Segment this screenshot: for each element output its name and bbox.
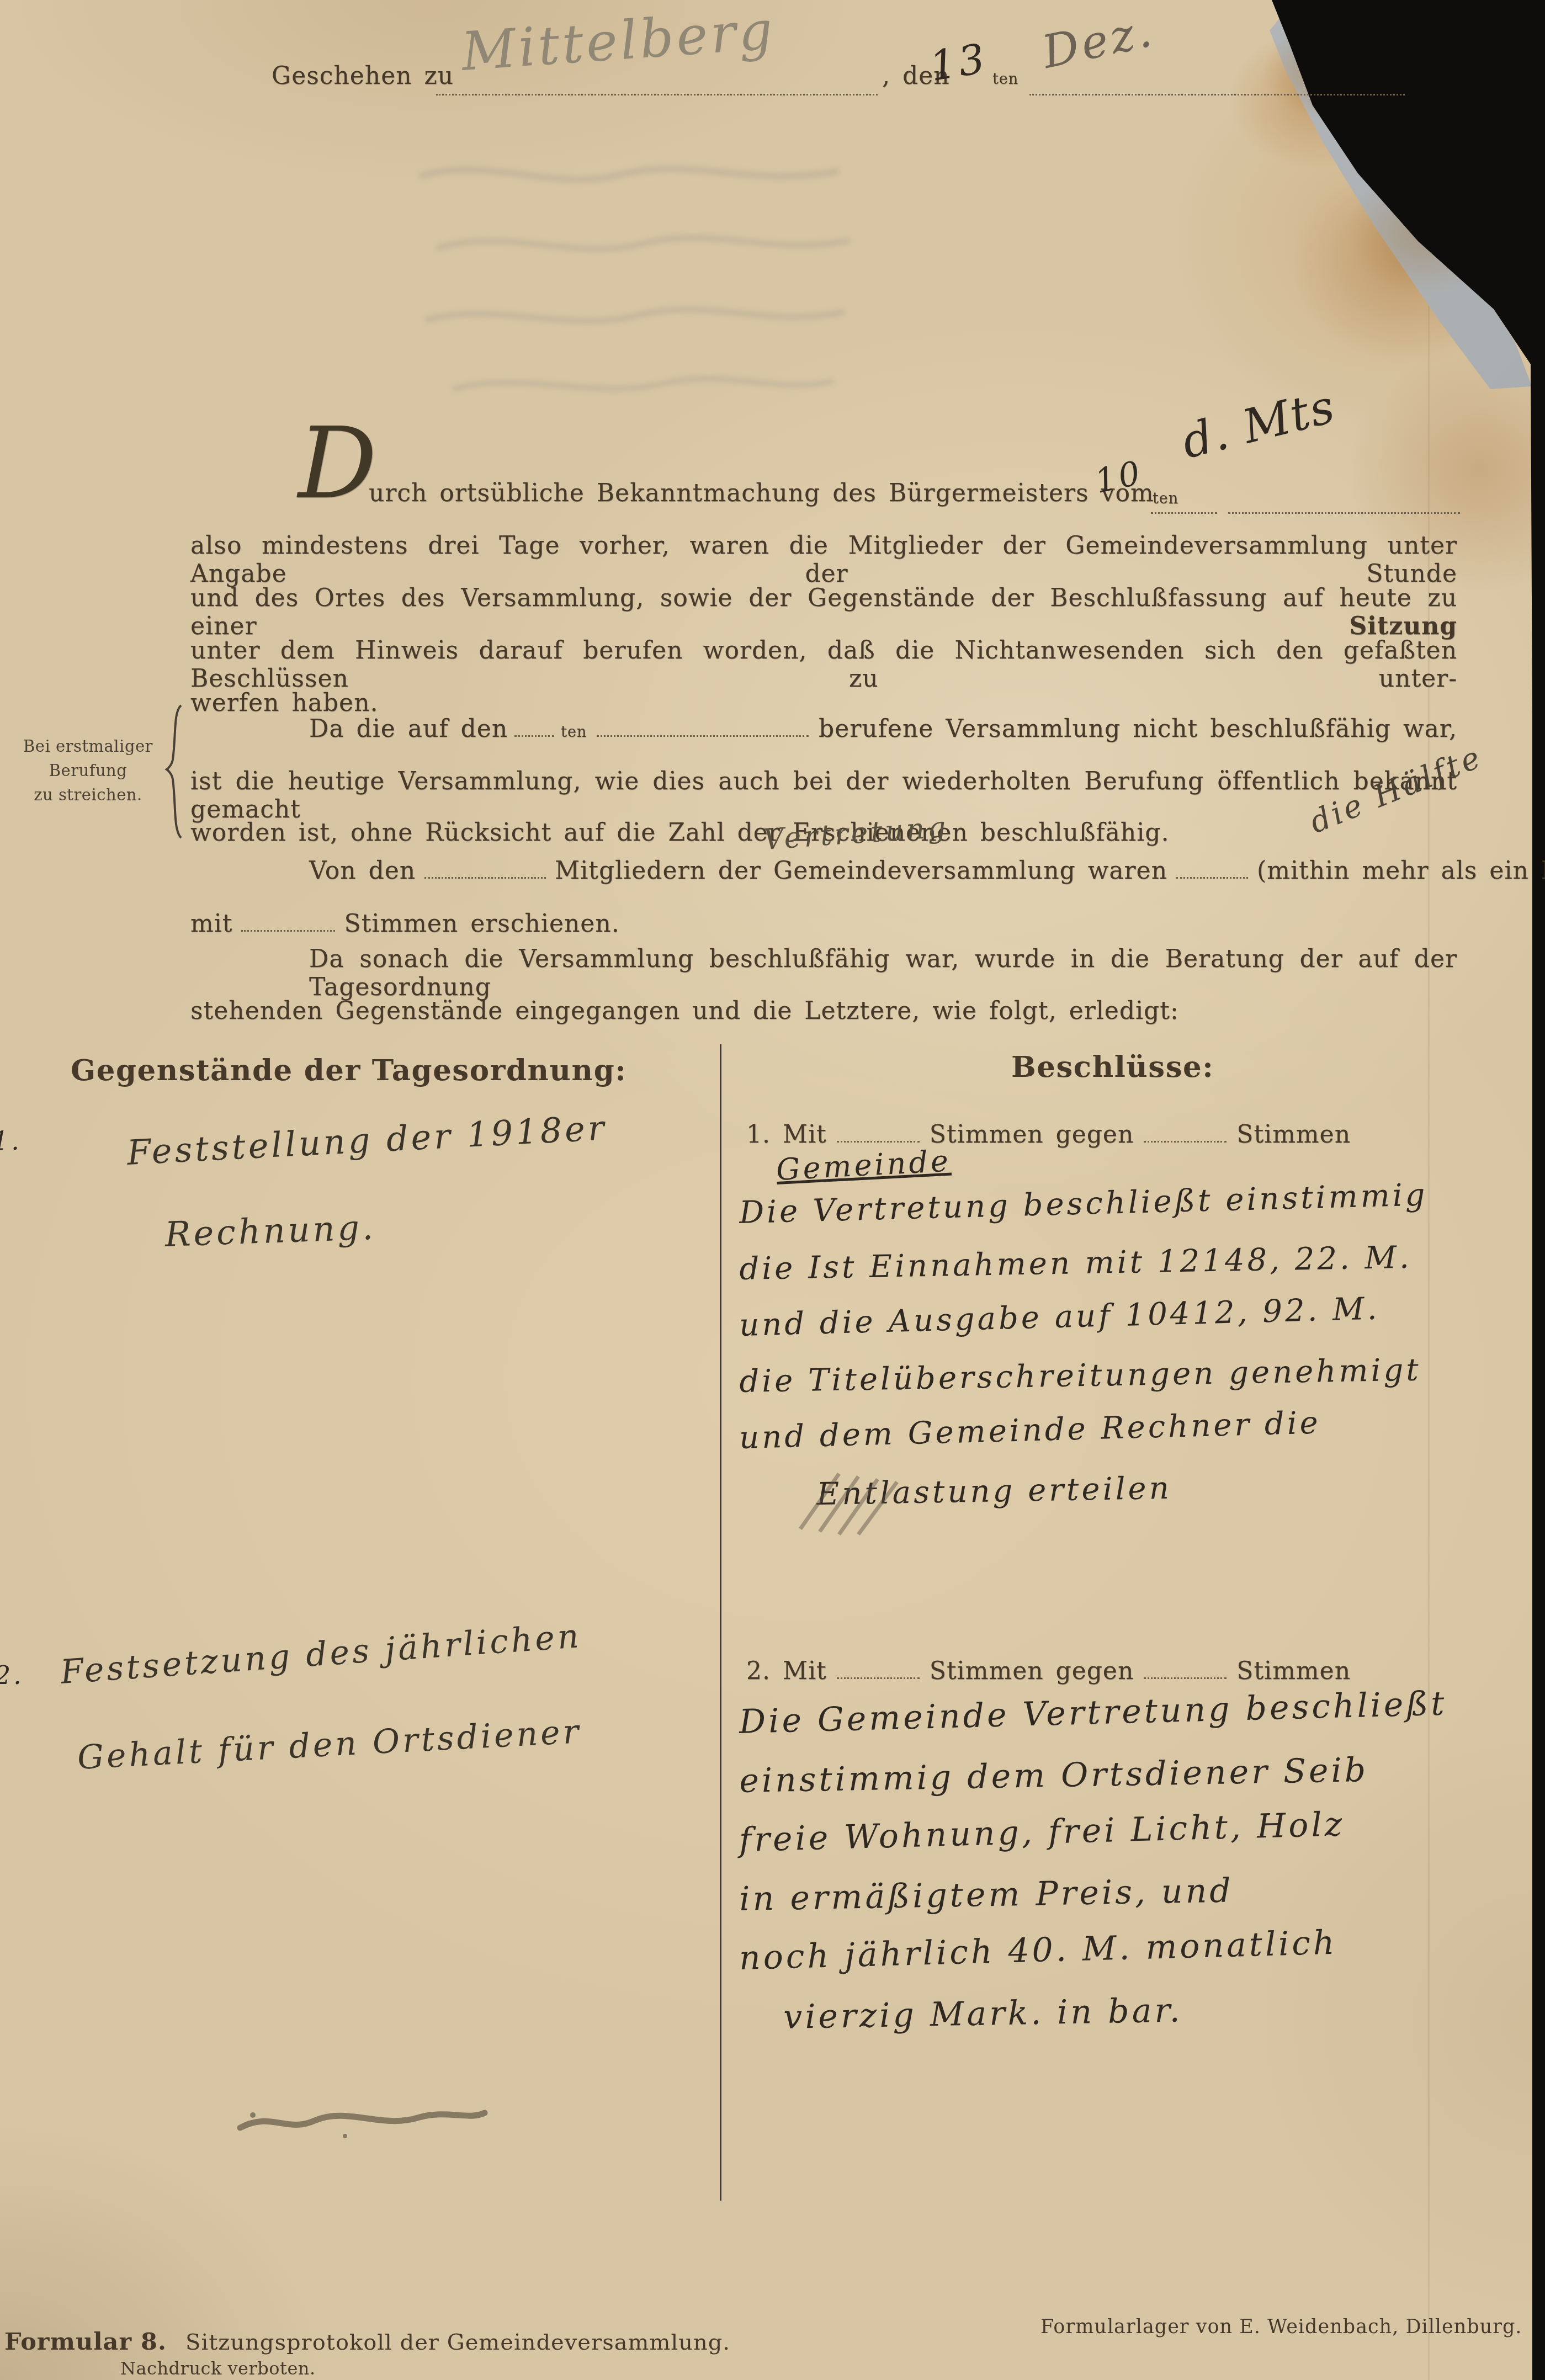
ghost-writing-decoration xyxy=(386,144,883,431)
agenda-1-number: 1. xyxy=(0,1126,22,1156)
agenda-column-header: Gegenstände der Tagesordnung: xyxy=(71,1053,627,1087)
dropcap-initial: D xyxy=(298,419,377,508)
quorum-day-ruled-line xyxy=(514,731,554,737)
attendance-present-ruled-line xyxy=(1176,873,1248,879)
resolution-1-hw-line: Die Vertretung beschließt einstimmig xyxy=(739,1177,1428,1231)
quorum-line2: ist die heutige Versammlung, wie dies au… xyxy=(190,767,1457,824)
attendance-von-den: Von den xyxy=(309,857,416,885)
resolution-1-number: 1. xyxy=(746,1120,771,1149)
resolution-1-against-ruled-line xyxy=(1144,1136,1227,1143)
resolution-1-form-row: 1. Mit Stimmen gegen Stimmen xyxy=(746,1120,1351,1149)
resolution-2-form-row: 2. Mit Stimmen gegen Stimmen xyxy=(746,1657,1351,1685)
agenda-2-hw-line: Gehalt für den Ortsdiener xyxy=(76,1712,582,1777)
attendance-members-text: Mitgliedern der Gemeindeversammlung ware… xyxy=(555,857,1167,885)
attendance-mit: mit xyxy=(190,910,232,938)
intro-line2: also mindestens drei Tage vorher, waren … xyxy=(190,532,1457,588)
quorum-ordinal-suffix: ten xyxy=(561,724,587,741)
resolution-2-hw-line: noch jährlich 40. M. monatlich xyxy=(739,1924,1337,1978)
resolution-1-mit: Mit xyxy=(783,1120,827,1149)
header-ordinal-suffix: ten xyxy=(992,71,1018,88)
resolution-2-mit: Mit xyxy=(783,1657,827,1685)
resolution-2-hw-line: Die Gemeinde Vertretung beschließt xyxy=(739,1684,1447,1741)
resolution-2-gegen: Stimmen gegen xyxy=(930,1657,1134,1685)
vom-ruled-line xyxy=(1151,508,1217,514)
resolution-2-number: 2. xyxy=(746,1657,771,1685)
margin-note-line1: Bei erstmaliger xyxy=(23,734,153,758)
resolution-1-stimmen: Stimmen xyxy=(1236,1120,1351,1149)
resolution-2-stimmen: Stimmen xyxy=(1236,1657,1351,1685)
margin-note: Bei erstmaliger Berufung zu streichen. xyxy=(23,734,153,807)
margin-note-line3: zu streichen. xyxy=(23,783,153,807)
footer-publisher: Formularlager von E. Weidenbach, Dillenb… xyxy=(1040,2316,1522,2338)
resolution-1-hw-line: und die Ausgabe auf 10412, 92. M. xyxy=(739,1291,1380,1343)
column-divider xyxy=(720,1044,721,2201)
intro-line3-text: und des Ortes des Versammlung, sowie der… xyxy=(190,584,1457,640)
attendance-votes-ruled-line xyxy=(241,926,335,932)
margin-brace xyxy=(161,702,187,841)
proceed-line1: Da sonach die Versammlung beschlußfähig … xyxy=(309,945,1457,1001)
intro-line3: und des Ortes des Versammlung, sowie der… xyxy=(190,584,1457,640)
agenda-1-hw-line: Feststellung der 1918er xyxy=(126,1108,608,1173)
resolution-1-gegen: Stimmen gegen xyxy=(930,1120,1134,1149)
margin-note-line2: Berufung xyxy=(23,758,153,783)
footer-form-title: Sitzungsprotokoll der Gemeindeversammlun… xyxy=(185,2330,730,2355)
scan-background-edge xyxy=(1532,353,1545,2380)
header-place-ruled-line xyxy=(436,89,878,95)
vom-ordinal-suffix: ten xyxy=(1153,490,1178,507)
day-handwritten: 13 xyxy=(927,35,991,91)
footer-left: Formular 8. Sitzungsprotokoll der Gemein… xyxy=(4,2328,730,2356)
intro-line5: werfen haben. xyxy=(190,689,378,717)
ink-blot xyxy=(232,2086,491,2153)
resolution-2-hw-line: in ermäßigtem Preis, und xyxy=(739,1871,1234,1919)
resolution-1-hw-line: die Ist Einnahmen mit 12148, 22. M. xyxy=(739,1240,1412,1287)
attendance-line2: mit Stimmen erschienen. xyxy=(190,910,620,938)
vom-month-ruled-line xyxy=(1228,508,1460,514)
agenda-1-hw-line: Rechnung. xyxy=(164,1207,376,1255)
resolution-2-for-ruled-line xyxy=(837,1673,920,1679)
footer-form-number: Formular 8. xyxy=(4,2328,167,2356)
resolution-1-hw-line: und dem Gemeinde Rechner die xyxy=(739,1405,1321,1456)
attendance-stimmen-text: Stimmen erschienen. xyxy=(344,910,619,938)
header-month-ruled-line xyxy=(1029,89,1405,95)
resolution-1-for-ruled-line xyxy=(837,1136,920,1143)
attendance-drittel-text: (mithin mehr als ein Drittel) xyxy=(1257,857,1545,885)
header-printed-prefix: Geschehen zu xyxy=(272,62,454,90)
quorum-date-ruled-line xyxy=(597,731,809,737)
resolution-1-hw-line: die Titelüberschreitungen genehmigt xyxy=(739,1352,1421,1400)
intro-line1: urch ortsübliche Bekanntmachung des Bürg… xyxy=(369,479,1154,507)
quorum-line1-text-a: Da die auf den xyxy=(309,715,508,743)
quorum-line3: worden ist, ohne Rücksicht auf die Zahl … xyxy=(190,819,1169,847)
intro-line4: unter dem Hinweis darauf berufen worden,… xyxy=(190,636,1457,693)
resolution-2-hw-line: vierzig Mark. in bar. xyxy=(783,1991,1183,2037)
resolutions-column-header: Beschlüsse: xyxy=(1011,1050,1214,1084)
place-handwritten: Mittelberg xyxy=(459,0,777,83)
agenda-2-hw-line: Festsetzung des jährlichen xyxy=(59,1617,582,1692)
resolution-2-against-ruled-line xyxy=(1144,1673,1227,1679)
agenda-2-number: 2. xyxy=(0,1660,24,1690)
quorum-line1-text-b: berufene Versammlung nicht beschlußfähig… xyxy=(819,715,1457,743)
attendance-count-ruled-line xyxy=(424,873,546,879)
scanned-form-page: Geschehen zu Mittelberg , den 13 ten Dez… xyxy=(0,0,1545,2380)
attendance-line1: Von den Mitgliedern der Gemeindeversamml… xyxy=(309,857,1545,885)
resolution-2-hw-line: freie Wohnung, frei Licht, Holz xyxy=(739,1805,1345,1860)
resolution-1-hw-insert: Gemeinde xyxy=(776,1144,952,1187)
footer-note: Nachdruck verboten. xyxy=(120,2358,316,2379)
hw-hatch-marks xyxy=(789,1468,944,1540)
proceed-line2: stehenden Gegenstände eingegangen und di… xyxy=(190,997,1179,1025)
quorum-line1: Da die auf den ten berufene Versammlung … xyxy=(309,715,1457,743)
resolution-2-hw-line: einstimmig dem Ortsdiener Seib xyxy=(739,1751,1369,1800)
